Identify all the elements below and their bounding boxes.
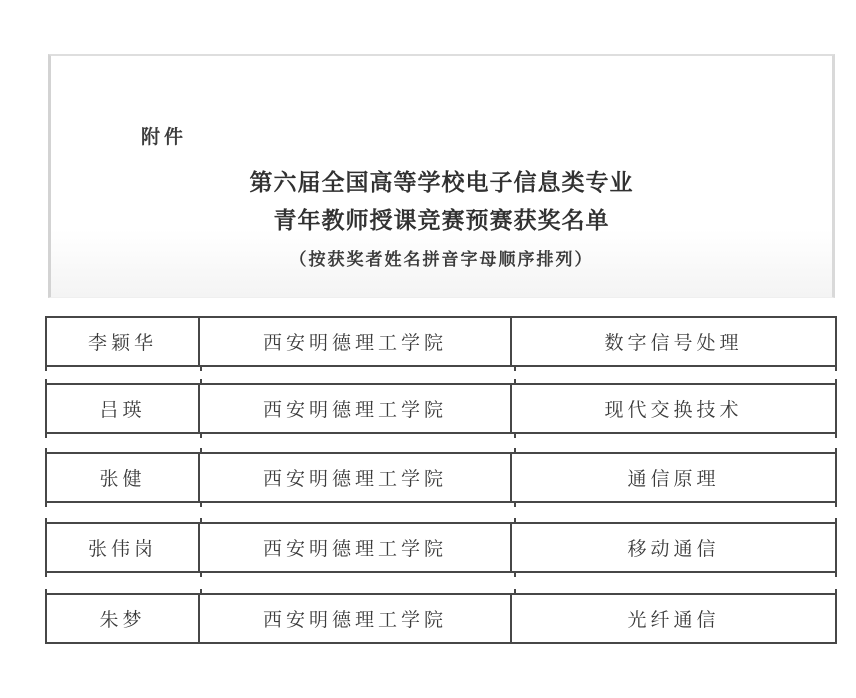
cell-institution: 西安明德理工学院 xyxy=(200,595,512,642)
column-line-stub xyxy=(200,432,202,438)
document-subtitle: （按获奖者姓名拼音字母顺序排列） xyxy=(51,245,832,270)
table-row: 张健 西安明德理工学院 通信原理 xyxy=(45,452,837,503)
cell-institution: 西安明德理工学院 xyxy=(200,318,512,365)
column-line-stub xyxy=(200,571,202,577)
column-line-stub xyxy=(200,501,202,507)
cell-course: 通信原理 xyxy=(512,454,835,501)
column-line-stub xyxy=(514,518,516,524)
table-row: 李颖华 西安明德理工学院 数字信号处理 xyxy=(45,316,837,367)
cell-winner-name: 张伟岗 xyxy=(47,524,200,571)
column-line-stub xyxy=(835,571,837,577)
column-line-stub xyxy=(514,448,516,454)
column-line-stub xyxy=(200,518,202,524)
cell-winner-name: 李颖华 xyxy=(47,318,200,365)
column-line-stub xyxy=(514,432,516,438)
column-line-stub xyxy=(200,448,202,454)
attachment-label: 附件 xyxy=(141,122,187,149)
cell-institution: 西安明德理工学院 xyxy=(200,454,512,501)
cell-winner-name: 吕瑛 xyxy=(47,385,200,432)
cell-winner-name: 张健 xyxy=(47,454,200,501)
column-line-stub xyxy=(514,589,516,595)
column-line-stub xyxy=(200,365,202,371)
column-line-stub xyxy=(835,365,837,371)
column-line-stub xyxy=(514,365,516,371)
column-line-stub xyxy=(835,379,837,385)
document-title-line2: 青年教师授课竞赛预赛获奖名单 xyxy=(51,202,832,235)
document-header-image: 附件 第六届全国高等学校电子信息类专业 青年教师授课竞赛预赛获奖名单 （按获奖者… xyxy=(48,54,835,298)
table-row: 吕瑛 西安明德理工学院 现代交换技术 xyxy=(45,383,837,434)
column-line-stub xyxy=(45,379,47,385)
column-line-stub xyxy=(200,379,202,385)
cell-course: 光纤通信 xyxy=(512,595,835,642)
cell-course: 现代交换技术 xyxy=(512,385,835,432)
column-line-stub xyxy=(45,518,47,524)
column-line-stub xyxy=(45,589,47,595)
column-line-stub xyxy=(514,501,516,507)
table-row: 张伟岗 西安明德理工学院 移动通信 xyxy=(45,522,837,573)
column-line-stub xyxy=(45,365,47,371)
cell-course: 移动通信 xyxy=(512,524,835,571)
cell-institution: 西安明德理工学院 xyxy=(200,524,512,571)
cell-winner-name: 朱梦 xyxy=(47,595,200,642)
column-line-stub xyxy=(514,379,516,385)
column-line-stub xyxy=(45,448,47,454)
column-line-stub xyxy=(45,571,47,577)
document-page: 附件 第六届全国高等学校电子信息类专业 青年教师授课竞赛预赛获奖名单 （按获奖者… xyxy=(0,0,856,698)
column-line-stub xyxy=(45,501,47,507)
table-row: 朱梦 西安明德理工学院 光纤通信 xyxy=(45,593,837,644)
column-line-stub xyxy=(835,448,837,454)
column-line-stub xyxy=(835,518,837,524)
column-line-stub xyxy=(835,589,837,595)
document-title-line1: 第六届全国高等学校电子信息类专业 xyxy=(51,164,832,197)
cell-institution: 西安明德理工学院 xyxy=(200,385,512,432)
column-line-stub xyxy=(45,432,47,438)
cell-course: 数字信号处理 xyxy=(512,318,835,365)
column-line-stub xyxy=(514,571,516,577)
column-line-stub xyxy=(835,432,837,438)
column-line-stub xyxy=(835,501,837,507)
column-line-stub xyxy=(200,589,202,595)
